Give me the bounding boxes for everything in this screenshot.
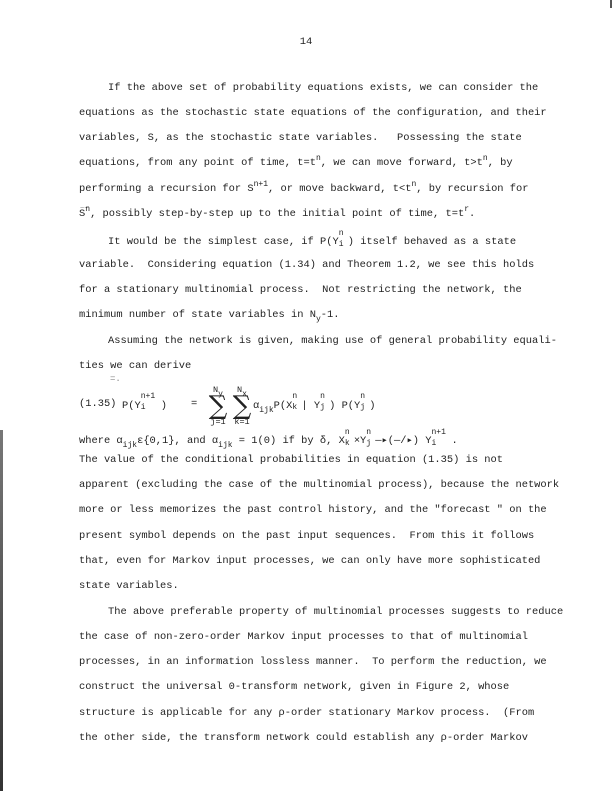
equation-equals: = (191, 398, 197, 410)
paragraph-line: processes, in an information lossless ma… (79, 656, 547, 668)
paragraph-line: equations, from any point of time, t=tn,… (79, 157, 513, 169)
paragraph-line: The value of the conditional probabiliti… (79, 454, 503, 466)
paragraph-line: If the above set of probability equation… (108, 82, 538, 94)
equation-rhs: αijkP(Xnk| Ynj) P(Ynj) (253, 398, 376, 412)
paragraph-line: performing a recursion for Sn+1, or move… (79, 183, 529, 195)
paragraph-line: the other side, the transform network co… (79, 732, 528, 744)
page-number: 14 (0, 36, 612, 48)
paragraph-line: variable. Considering equation (1.34) an… (79, 259, 534, 271)
paragraph-line: state variables. (79, 580, 179, 592)
paragraph-line: apparent (excluding the case of the mult… (79, 479, 559, 491)
equation-number: (1.35) (79, 398, 116, 410)
paragraph-line: Assuming the network is given, making us… (108, 335, 557, 347)
sum-symbol-j: Ny ∑ j=1 (205, 385, 231, 427)
where-clause: where αijkε{0,1}, and αijk = 1(0) if by … (79, 433, 458, 447)
paragraph-line: the case of non-zero-order Markov input … (79, 631, 528, 643)
scan-left-border (0, 430, 3, 791)
paragraph-line: variables, S, as the stochastic state va… (79, 132, 522, 144)
scan-smudge: =. (110, 374, 121, 384)
equation-lhs: P(Yn+1i) (122, 398, 167, 412)
paragraph-line: It would be the simplest case, if P(Yni)… (108, 234, 516, 248)
paragraph-line: equations as the stochastic state equati… (79, 107, 547, 119)
paragraph-line: Sn, possibly step-by-step up to the init… (79, 208, 475, 220)
paragraph-line: more or less memorizes the past control … (79, 504, 547, 516)
paragraph-line: minimum number of state variables in Ny-… (79, 309, 339, 321)
paragraph-line: that, even for Markov input processes, w… (79, 555, 540, 567)
paragraph-line: structure is applicable for any ρ-order … (79, 707, 534, 719)
paragraph-line: The above preferable property of multino… (108, 606, 563, 618)
sum-symbol-k: Nx ∑ k=1 (229, 385, 255, 427)
paragraph-line: for a stationary multinomial process. No… (79, 284, 522, 296)
paragraph-line: ties we can derive (79, 360, 191, 372)
paragraph-line: construct the universal 0-transform netw… (79, 681, 509, 693)
paragraph-line: present symbol depends on the past input… (79, 530, 534, 542)
